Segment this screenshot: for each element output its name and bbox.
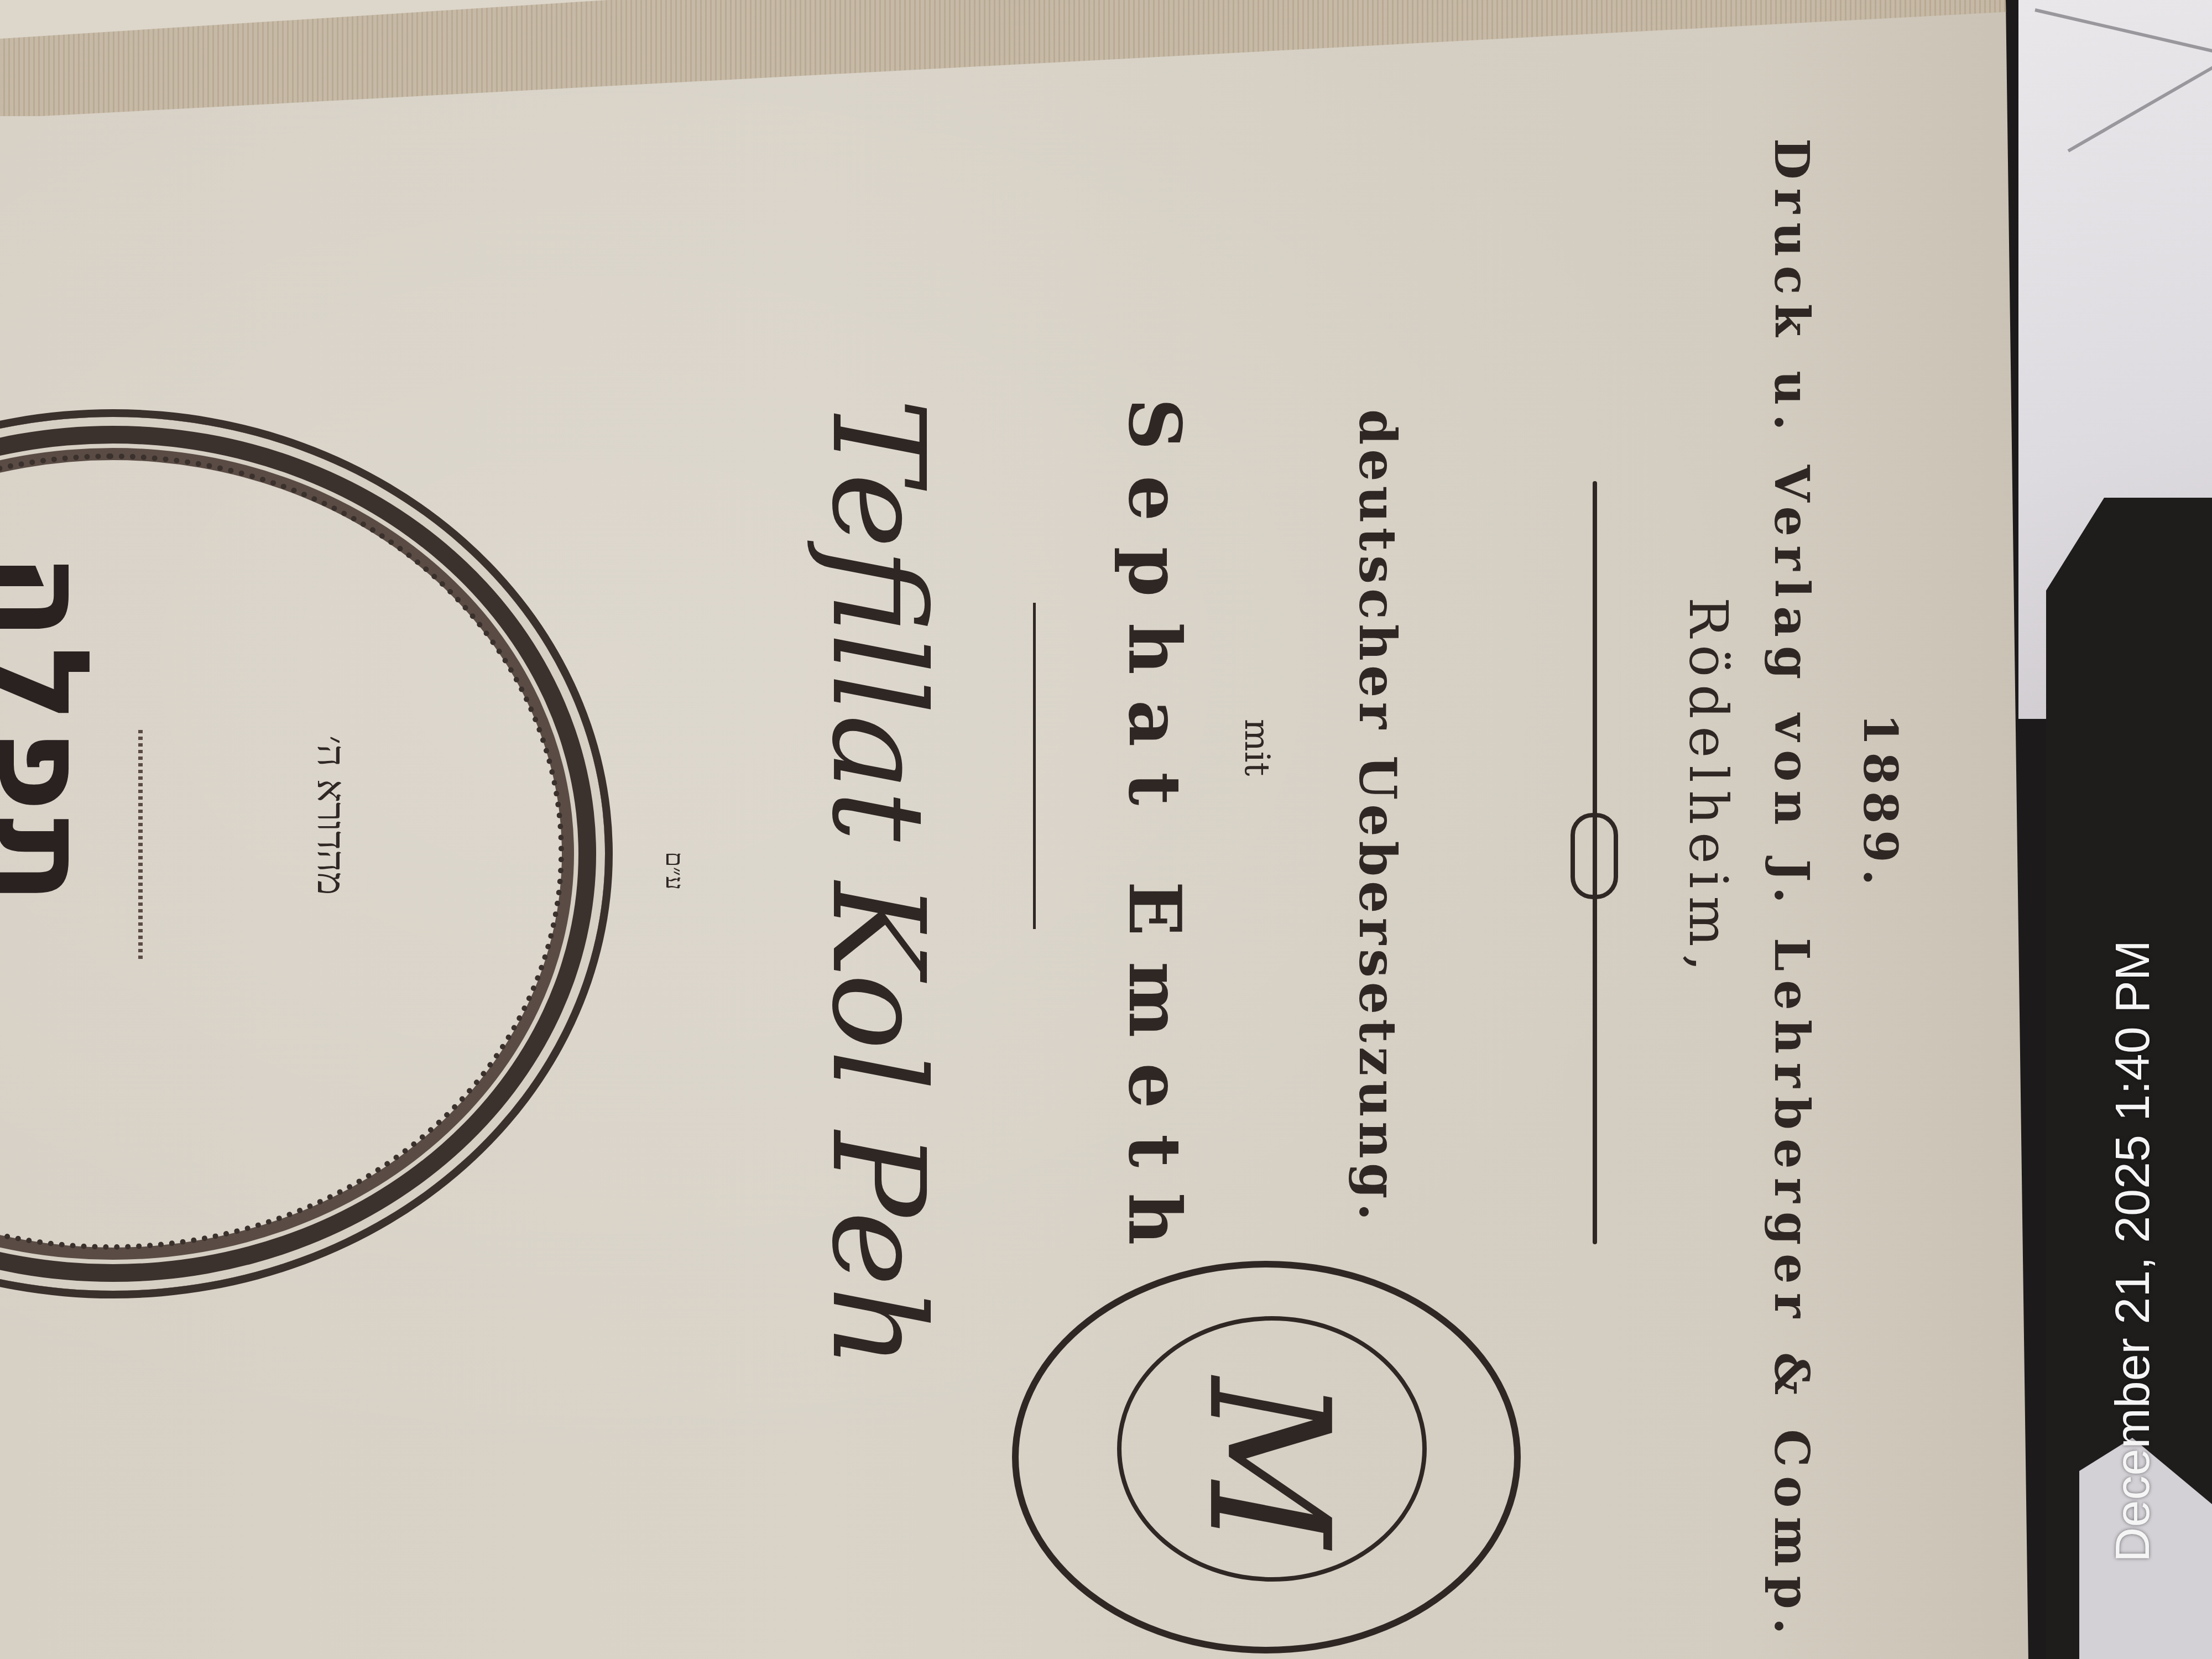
hebrew-connector: ע״ם	[660, 852, 688, 890]
hebrew-title-text: תפלה	[0, 553, 111, 910]
script-title: Tefillat Kol Peh	[804, 398, 951, 1368]
hebrew-title: תפלה	[0, 553, 111, 1244]
seal-monogram: M	[1172, 1378, 1365, 1547]
connector-text: mit	[1237, 719, 1277, 776]
year-text: 1889.	[1853, 713, 1908, 892]
title-divider	[1033, 603, 1036, 929]
place-text: Rödelheim,	[1677, 597, 1739, 979]
edition-label: מהדורא ה׳	[308, 735, 354, 895]
photo-timestamp-overlay: December 21, 2025 1:40 PM	[2104, 940, 2161, 1562]
publisher-text: Druck u. Verlag von J. Lehrberger & Comp…	[1764, 138, 1819, 1643]
wavy-rule	[138, 730, 143, 962]
book-title-page: תפלה מהדורא ה׳ ע״ם Tefillat Kol Peh Seph…	[0, 0, 2057, 1659]
main-title: Sephat Emeth	[1113, 398, 1197, 1270]
tile-grout-line	[2068, 55, 2212, 152]
translation-line: deutscher Uebersetzung.	[1348, 409, 1407, 1225]
ornament-knot	[1571, 813, 1618, 899]
tile-grout-line	[2034, 8, 2212, 69]
